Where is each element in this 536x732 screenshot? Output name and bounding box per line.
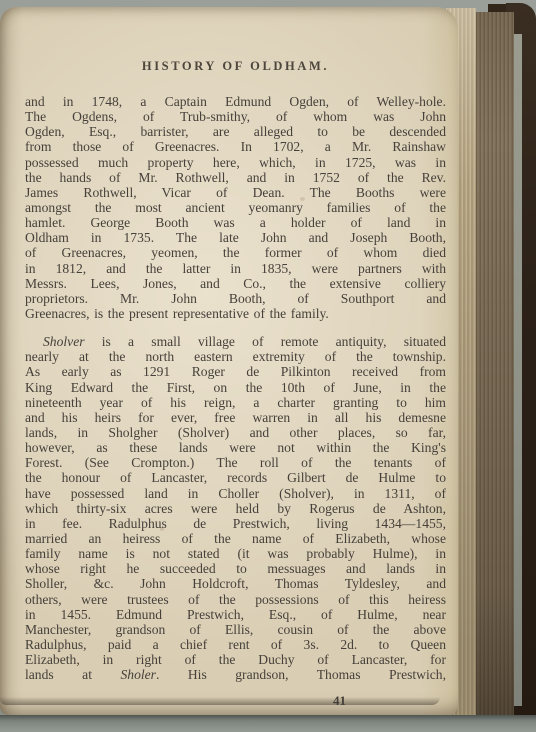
- body-paragraph: and in 1748, a Captain Edmund Ogden, of …: [25, 94, 446, 321]
- text-line: from those of Greenacres. In 1702, a Mr.…: [25, 139, 446, 154]
- text-line: nineteenth year of his reign, a charter …: [25, 395, 446, 410]
- text-line: King Edward the First, on the 10th of Ju…: [25, 380, 446, 395]
- text-line: The Ogdens, of Trub-smithy, of whom was …: [25, 109, 446, 124]
- text-line: Elizabeth, in right of the Duchy of Lanc…: [25, 652, 446, 667]
- text-line: amongst the most ancient yeomanry famili…: [25, 200, 446, 215]
- text-line: married an heiress of the name of Elizab…: [25, 531, 446, 546]
- page-body: and in 1748, a Captain Edmund Ogden, of …: [25, 94, 446, 695]
- text-line: Forest. (See Crompton.) The roll of the …: [25, 455, 446, 470]
- text-line: others, were trustees of the possessions…: [25, 592, 446, 607]
- text-line: proprietors. Mr. John Booth, of Southpor…: [25, 291, 446, 306]
- text-line: Sholver is a small village of remote ant…: [25, 334, 446, 349]
- running-header: HISTORY OF OLDHAM.: [25, 59, 446, 74]
- text-line: James Rothwell, Vicar of Dean. The Booth…: [25, 185, 446, 200]
- text-line: lands, in Sholgher (Sholver) and other p…: [25, 425, 446, 440]
- text-line: Greenacres, is the present representativ…: [25, 306, 446, 321]
- text-line: and his heirs for ever, free warren in a…: [25, 410, 446, 425]
- text-line: Radulphus, paid a chief rent of 3s. 2d. …: [25, 637, 446, 652]
- text-line: Oldham in 1735. The late John and Joseph…: [25, 230, 446, 245]
- book-photo: HISTORY OF OLDHAM. and in 1748, a Captai…: [0, 0, 536, 732]
- text-line: family name is not stated (it was probab…: [25, 546, 446, 561]
- table-surface: [0, 715, 536, 732]
- book-page: HISTORY OF OLDHAM. and in 1748, a Captai…: [0, 7, 458, 715]
- text-line: Ogden, Esq., barrister, are alleged to b…: [25, 124, 446, 139]
- text-line: which thirty-six acres were held by Roge…: [25, 501, 446, 516]
- text-line: in fee. Radulphus de Prestwich, living 1…: [25, 516, 446, 531]
- text-line: nearly at the north eastern extremity of…: [25, 349, 446, 364]
- text-line: in 1455. Edmund Prestwich, Esq., of Hulm…: [25, 607, 446, 622]
- text-line: have possessed land in Choller (Sholver)…: [25, 486, 446, 501]
- text-line: possessed much property here, which, in …: [25, 155, 446, 170]
- body-paragraph: Sholver is a small village of remote ant…: [25, 334, 446, 682]
- page-number: 41: [25, 693, 446, 709]
- text-line: lands at Sholer. His grandson, Thomas Pr…: [25, 667, 446, 682]
- text-line: Manchester, grandson of Ellis, cousin of…: [25, 622, 446, 637]
- text-line: Messrs. Lees, Jones, and Co., the extens…: [25, 276, 446, 291]
- text-line: whose right he succeeded to messuages an…: [25, 561, 446, 576]
- text-line: and in 1748, a Captain Edmund Ogden, of …: [25, 94, 446, 109]
- text-line: As early as 1291 Roger de Pilkinton rece…: [25, 364, 446, 379]
- text-line: hamlet. George Booth was a holder of lan…: [25, 215, 446, 230]
- text-line: Sholler, &c. John Holdcroft, Thomas Tyld…: [25, 576, 446, 591]
- text-line: the hands of Mr. Rothwell, and in 1752 o…: [25, 170, 446, 185]
- text-line: the honour of Lancaster, records Gilbert…: [25, 470, 446, 485]
- text-line: in 1812, and the latter in 1835, were pa…: [25, 261, 446, 276]
- text-line: however, as these lands were not within …: [25, 440, 446, 455]
- text-line: of Greenacres, yeomen, the former of who…: [25, 245, 446, 260]
